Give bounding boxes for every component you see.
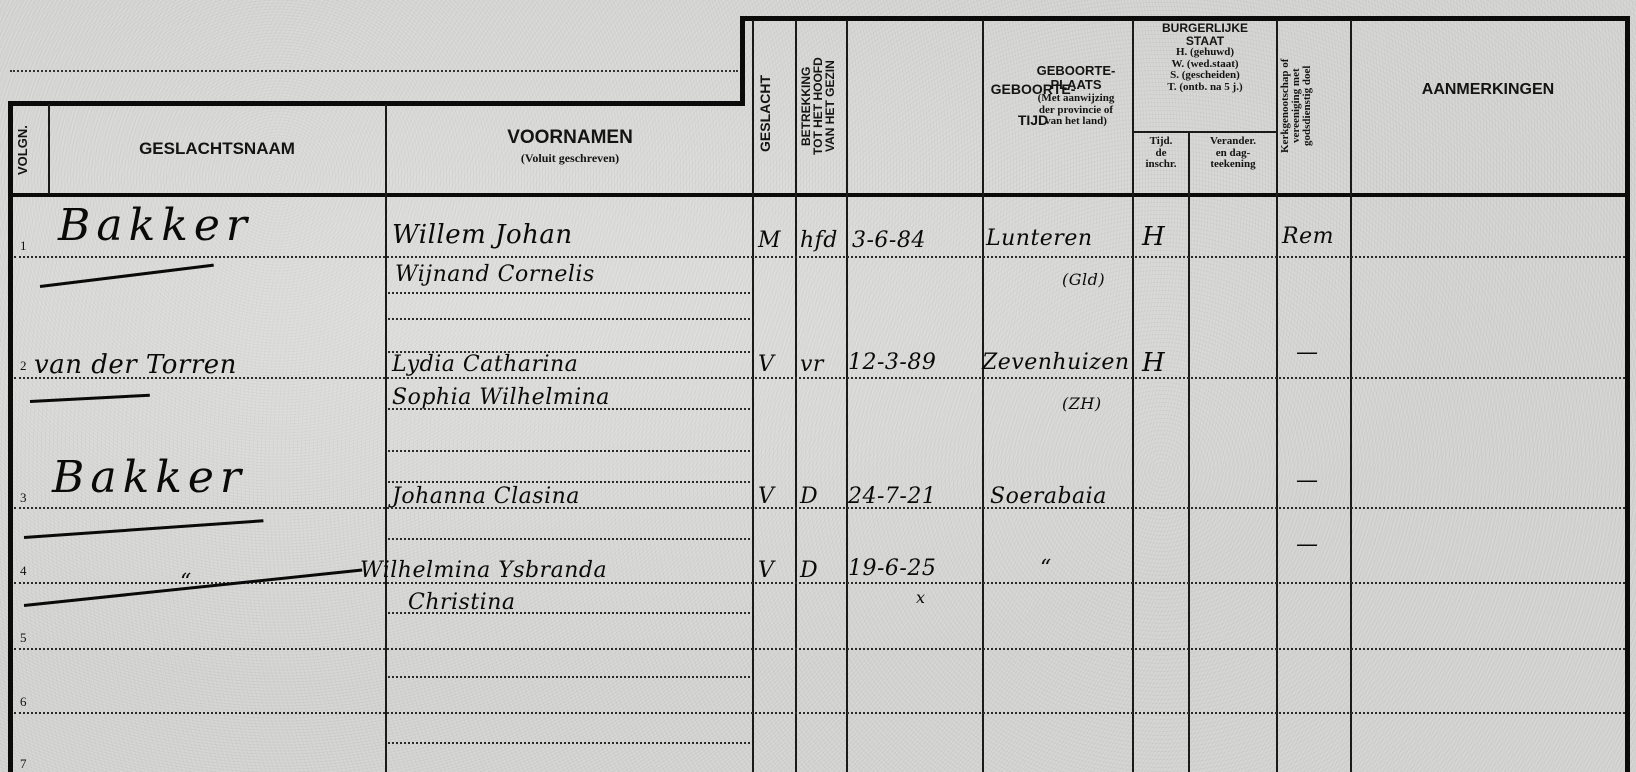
first-names-line2: Wijnand Cornelis: [395, 262, 595, 287]
border-right: [1625, 16, 1630, 772]
gender: V: [758, 484, 774, 509]
header-bottom-line: [8, 193, 1630, 197]
birth-date: 3-6-84: [852, 228, 926, 253]
relation-to-head: vr: [800, 352, 824, 377]
civil-status: H: [1142, 222, 1165, 252]
birth-place-province: (ZH): [1062, 394, 1102, 413]
col-line-betrekking: [846, 20, 848, 772]
header-geslacht: GESLACHT: [758, 40, 792, 188]
col-line-verander: [1276, 20, 1278, 772]
voornamen-subline-1b: [388, 318, 750, 320]
birth-place: Soerabaia: [990, 484, 1107, 509]
relation-to-head: hfd: [800, 228, 838, 253]
underline-stroke: [30, 394, 150, 403]
row-line-5: [14, 648, 1625, 650]
first-names-line1: Willem Johan: [392, 220, 573, 250]
first-names-line2: Christina: [408, 590, 516, 615]
header-tijd-inschr: Tijd. de inschr.: [1134, 136, 1188, 171]
church-affiliation: —: [1296, 340, 1319, 365]
border-top-left: [8, 101, 745, 106]
civil-status: H: [1142, 348, 1165, 378]
first-names-line2: Sophia Wilhelmina: [392, 385, 610, 410]
header-geslachtsnaam: GESLACHTSNAAM: [52, 140, 382, 158]
col-line-volgn: [48, 104, 50, 194]
relation-to-head: D: [800, 558, 818, 583]
voornamen-subline-7: [388, 742, 750, 744]
row-line-6: [14, 712, 1625, 714]
col-line-kerk: [1350, 20, 1352, 772]
row-number-3: 3: [20, 490, 27, 506]
underline-stroke: [24, 519, 264, 539]
birth-date-mark: x: [916, 588, 926, 607]
header-volgn: VOLGN.: [16, 112, 44, 188]
ditto-line: [24, 568, 362, 607]
row-number-4: 4: [20, 563, 27, 579]
header-burgerlijke-staat: BURGERLIJKE STAAT H. (gehuwd) W. (wed.st…: [1134, 22, 1276, 93]
birth-place-ditto: “: [1040, 556, 1052, 581]
row-line-2: [14, 377, 1625, 379]
gender: V: [758, 352, 774, 377]
first-names-line1: Johanna Clasina: [392, 484, 580, 509]
burgerlijke-sub-rule: [1132, 131, 1276, 133]
voornamen-subline-4: [388, 538, 750, 540]
birth-place: Zevenhuizen: [982, 350, 1130, 375]
gender: M: [758, 228, 781, 253]
header-betrekking: BETREKKING TOT HET HOOFD VAN HET GEZIN: [800, 24, 844, 188]
first-names-line1: Wilhelmina Ysbranda: [360, 558, 607, 583]
voornamen-subline-1: [388, 292, 750, 294]
top-dotted-line: [10, 70, 738, 72]
surname: Bakker: [52, 452, 247, 503]
relation-to-head: D: [800, 484, 818, 509]
col-line-voornamen: [752, 20, 754, 772]
border-step-vertical: [740, 18, 745, 106]
surname: van der Torren: [34, 350, 237, 380]
gender: V: [758, 558, 774, 583]
header-geboorteplaats: GEBOORTE- PLAATS (Met aanwijzing der pro…: [1020, 64, 1132, 128]
voornamen-subline-3: [388, 450, 750, 452]
birth-date: 24-7-21: [848, 484, 936, 509]
border-left: [8, 101, 13, 772]
header-aanmerkingen: AANMERKINGEN: [1352, 82, 1624, 99]
birth-date: 12-3-89: [848, 350, 936, 375]
header-verander: Verander. en dag- teekening: [1190, 136, 1276, 171]
register-page: VOLGN. GESLACHTSNAAM VOORNAMEN (Voluit g…: [0, 0, 1636, 772]
col-line-geslacht: [795, 20, 797, 772]
row-number-6: 6: [20, 694, 27, 710]
church-affiliation: Rem: [1282, 224, 1334, 249]
row-line-1: [14, 256, 1625, 258]
header-kerkgenootschap: Kerkgenootschap of vereeniging met godsd…: [1280, 24, 1348, 188]
row-number-5: 5: [20, 630, 27, 646]
row-number-2: 2: [20, 358, 27, 374]
surname: Bakker: [58, 200, 253, 251]
row-number-1: 1: [20, 238, 27, 254]
birth-place-province: (Gld): [1062, 270, 1105, 289]
row-number-7: 7: [20, 756, 27, 772]
surname-ditto: “: [180, 570, 192, 595]
header-voornamen: VOORNAMEN (Voluit geschreven): [390, 128, 750, 165]
row-line-3: [14, 507, 1625, 509]
birth-place: Lunteren: [986, 226, 1093, 251]
church-affiliation: —: [1296, 532, 1319, 557]
col-line-tijd: [1188, 132, 1190, 772]
voornamen-subline-6: [388, 676, 750, 678]
col-line-geslachtsnaam: [385, 104, 387, 772]
church-affiliation: —: [1296, 468, 1319, 493]
col-line-geboortetijd: [982, 20, 984, 772]
birth-date: 19-6-25: [848, 556, 936, 581]
voornamen-subline-3b: [388, 481, 750, 483]
first-names-line1: Lydia Catharina: [392, 352, 578, 377]
underline-stroke: [40, 264, 214, 288]
